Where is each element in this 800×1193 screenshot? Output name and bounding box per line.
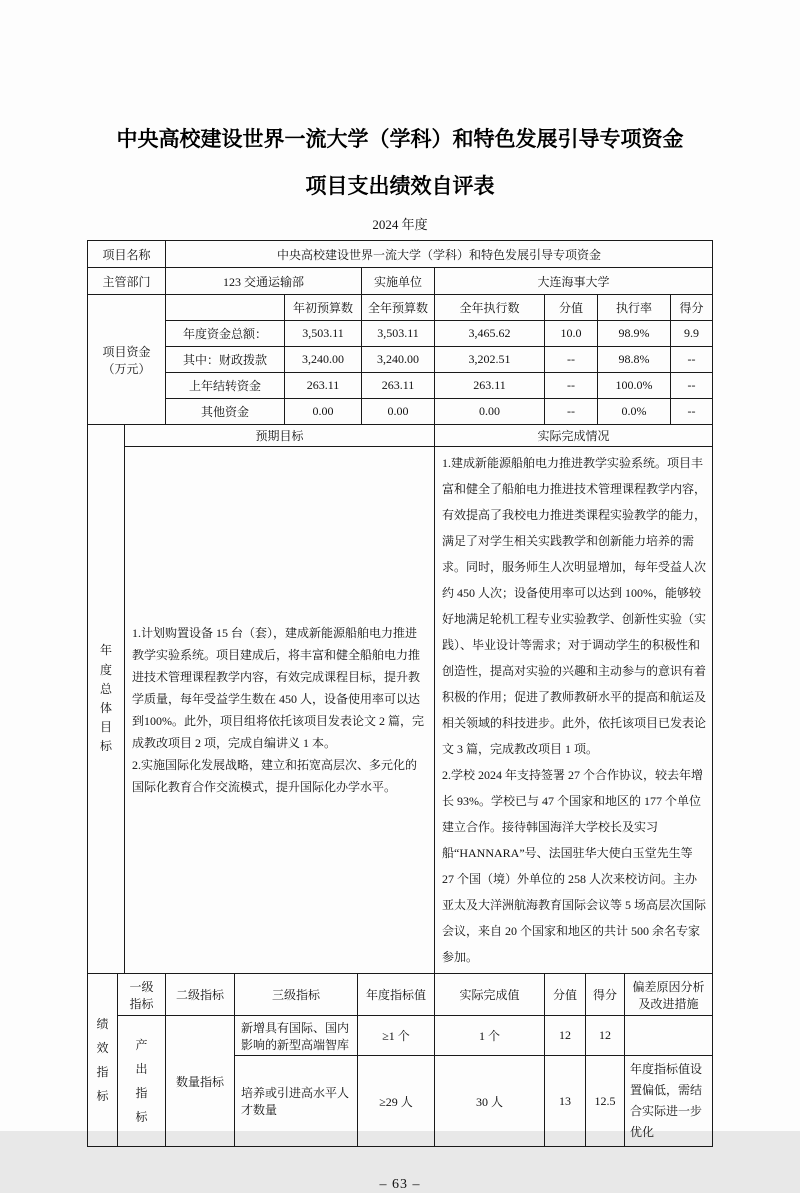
indicator-name: 新增具有国际、国内影响的新型高端智库 [235, 1016, 358, 1056]
funding-header-initial: 年初预算数 [285, 295, 362, 321]
level1-value-text: 产出指标 [135, 1033, 148, 1129]
unit-label: 实施单位 [361, 268, 434, 295]
page-subtitle: 2024 年度 [0, 214, 800, 233]
goal-content-row: 1.计划购置设备 15 台（套），建成新能源船舶电力推进教学实验系统。项目建成后… [88, 447, 713, 974]
funding-score: -- [671, 347, 713, 373]
funding-score: -- [671, 399, 713, 425]
funding-row-total: 年度资金总额： 3,503.11 3,503.11 3,465.62 10.0 … [88, 321, 713, 347]
expected-goal-header: 预期目标 [125, 425, 435, 447]
funding-executed: 3,202.51 [435, 347, 545, 373]
funding-header-annual: 全年预算数 [362, 295, 435, 321]
indicators-section-label-text: 绩效指标 [96, 1012, 109, 1108]
funding-rate: 0.0% [598, 399, 671, 425]
funding-header-executed: 全年执行数 [435, 295, 545, 321]
funding-weight: -- [545, 347, 598, 373]
indicators-table: 绩效指标 一级 指标 二级指标 三级指标 年度指标值 实际完成值 分值 得分 偏… [87, 973, 713, 1147]
actual-completion-text: 1.建成新能源船舶电力推进教学实验系统。项目丰富和健全了船舶电力推进技术管理课程… [435, 447, 713, 974]
indicators-section-label: 绩效指标 [88, 974, 118, 1147]
indicator-actual: 1 个 [435, 1016, 545, 1056]
expected-goal-text: 1.计划购置设备 15 台（套），建成新能源船舶电力推进教学实验系统。项目建成后… [125, 447, 435, 974]
annual-goal-table: 年度总体目标 预期目标 实际完成情况 1.计划购置设备 15 台（套），建成新能… [87, 424, 713, 974]
funding-row-label: 年度资金总额： [166, 321, 285, 347]
indicator-weight: 13 [545, 1056, 586, 1147]
indicator-score: 12.5 [586, 1056, 625, 1147]
funding-annual: 3,240.00 [362, 347, 435, 373]
funding-initial: 3,240.00 [285, 347, 362, 373]
funding-header-rate: 执行率 [598, 295, 671, 321]
header-score: 得分 [586, 974, 625, 1016]
funding-executed: 3,465.62 [435, 321, 545, 347]
header-level2: 二级指标 [166, 974, 235, 1016]
indicator-target: ≥29 人 [358, 1056, 435, 1147]
header-deviation: 偏差原因分析及改进措施 [625, 974, 713, 1016]
project-name-label: 项目名称 [87, 241, 165, 268]
funding-header-row: 项目资金 （万元） 年初预算数 全年预算数 全年执行数 分值 执行率 得分 [88, 295, 713, 321]
page-title-line2: 项目支出绩效自评表 [0, 163, 800, 210]
funding-executed: 263.11 [435, 373, 545, 399]
page-number: – 63 – [0, 1177, 800, 1193]
project-info-table: 项目名称 中央高校建设世界一流大学（学科）和特色发展引导专项资金 主管部门 12… [87, 240, 713, 295]
goal-header-row: 年度总体目标 预期目标 实际完成情况 [88, 425, 713, 447]
funding-row-label: 其他资金 [166, 399, 285, 425]
funding-initial: 263.11 [285, 373, 362, 399]
funding-executed: 0.00 [435, 399, 545, 425]
dept-value: 123 交通运输部 [165, 268, 361, 295]
header-level3: 三级指标 [235, 974, 358, 1016]
funding-table: 项目资金 （万元） 年初预算数 全年预算数 全年执行数 分值 执行率 得分 年度… [87, 294, 713, 425]
project-name-value: 中央高校建设世界一流大学（学科）和特色发展引导专项资金 [165, 241, 712, 268]
indicator-deviation: 年度指标值设置偏低，需结合实际进一步优化 [625, 1056, 713, 1147]
funding-header-score: 得分 [671, 295, 713, 321]
funding-row-carryover: 上年结转资金 263.11 263.11 263.11 -- 100.0% -- [88, 373, 713, 399]
funding-annual: 263.11 [362, 373, 435, 399]
funding-rate: 100.0% [598, 373, 671, 399]
header-actual: 实际完成值 [435, 974, 545, 1016]
funding-section-label: 项目资金 （万元） [88, 295, 166, 425]
actual-completion-header: 实际完成情况 [435, 425, 713, 447]
indicator-score: 12 [586, 1016, 625, 1056]
indicator-target: ≥1 个 [358, 1016, 435, 1056]
table-row: 项目名称 中央高校建设世界一流大学（学科）和特色发展引导专项资金 [87, 241, 712, 268]
funding-rate: 98.8% [598, 347, 671, 373]
funding-row-other: 其他资金 0.00 0.00 0.00 -- 0.0% -- [88, 399, 713, 425]
funding-weight: 10.0 [545, 321, 598, 347]
level2-value: 数量指标 [166, 1016, 235, 1147]
funding-score: -- [671, 373, 713, 399]
funding-row-label: 上年结转资金 [166, 373, 285, 399]
funding-rate: 98.9% [598, 321, 671, 347]
level1-value: 产出指标 [118, 1016, 166, 1147]
document-page: 中央高校建设世界一流大学（学科）和特色发展引导专项资金 项目支出绩效自评表 20… [0, 0, 800, 1131]
indicator-weight: 12 [545, 1016, 586, 1056]
table-row: 主管部门 123 交通运输部 实施单位 大连海事大学 [87, 268, 712, 295]
header-weight: 分值 [545, 974, 586, 1016]
funding-weight: -- [545, 399, 598, 425]
page-title-line1: 中央高校建设世界一流大学（学科）和特色发展引导专项资金 [0, 116, 800, 163]
funding-weight: -- [545, 373, 598, 399]
funding-annual: 0.00 [362, 399, 435, 425]
dept-label: 主管部门 [87, 268, 165, 295]
funding-header-blank [166, 295, 285, 321]
indicator-name: 培养或引进高水平人才数量 [235, 1056, 358, 1147]
indicator-actual: 30 人 [435, 1056, 545, 1147]
goal-section-label: 年度总体目标 [88, 425, 125, 974]
unit-value: 大连海事大学 [434, 268, 712, 295]
header-target: 年度指标值 [358, 974, 435, 1016]
header-level1: 一级 指标 [118, 974, 166, 1016]
indicator-row: 产出指标 数量指标 新增具有国际、国内影响的新型高端智库 ≥1 个 1 个 12… [88, 1016, 713, 1056]
funding-row-fiscal: 其中：财政拨款 3,240.00 3,240.00 3,202.51 -- 98… [88, 347, 713, 373]
funding-header-weight: 分值 [545, 295, 598, 321]
funding-annual: 3,503.11 [362, 321, 435, 347]
indicators-header-row: 绩效指标 一级 指标 二级指标 三级指标 年度指标值 实际完成值 分值 得分 偏… [88, 974, 713, 1016]
page-title: 中央高校建设世界一流大学（学科）和特色发展引导专项资金 项目支出绩效自评表 [0, 0, 800, 210]
funding-initial: 0.00 [285, 399, 362, 425]
goal-section-label-text: 年度总体目标 [100, 641, 113, 756]
funding-initial: 3,503.11 [285, 321, 362, 347]
funding-score: 9.9 [671, 321, 713, 347]
indicator-deviation [625, 1016, 713, 1056]
funding-row-label: 其中：财政拨款 [166, 347, 285, 373]
